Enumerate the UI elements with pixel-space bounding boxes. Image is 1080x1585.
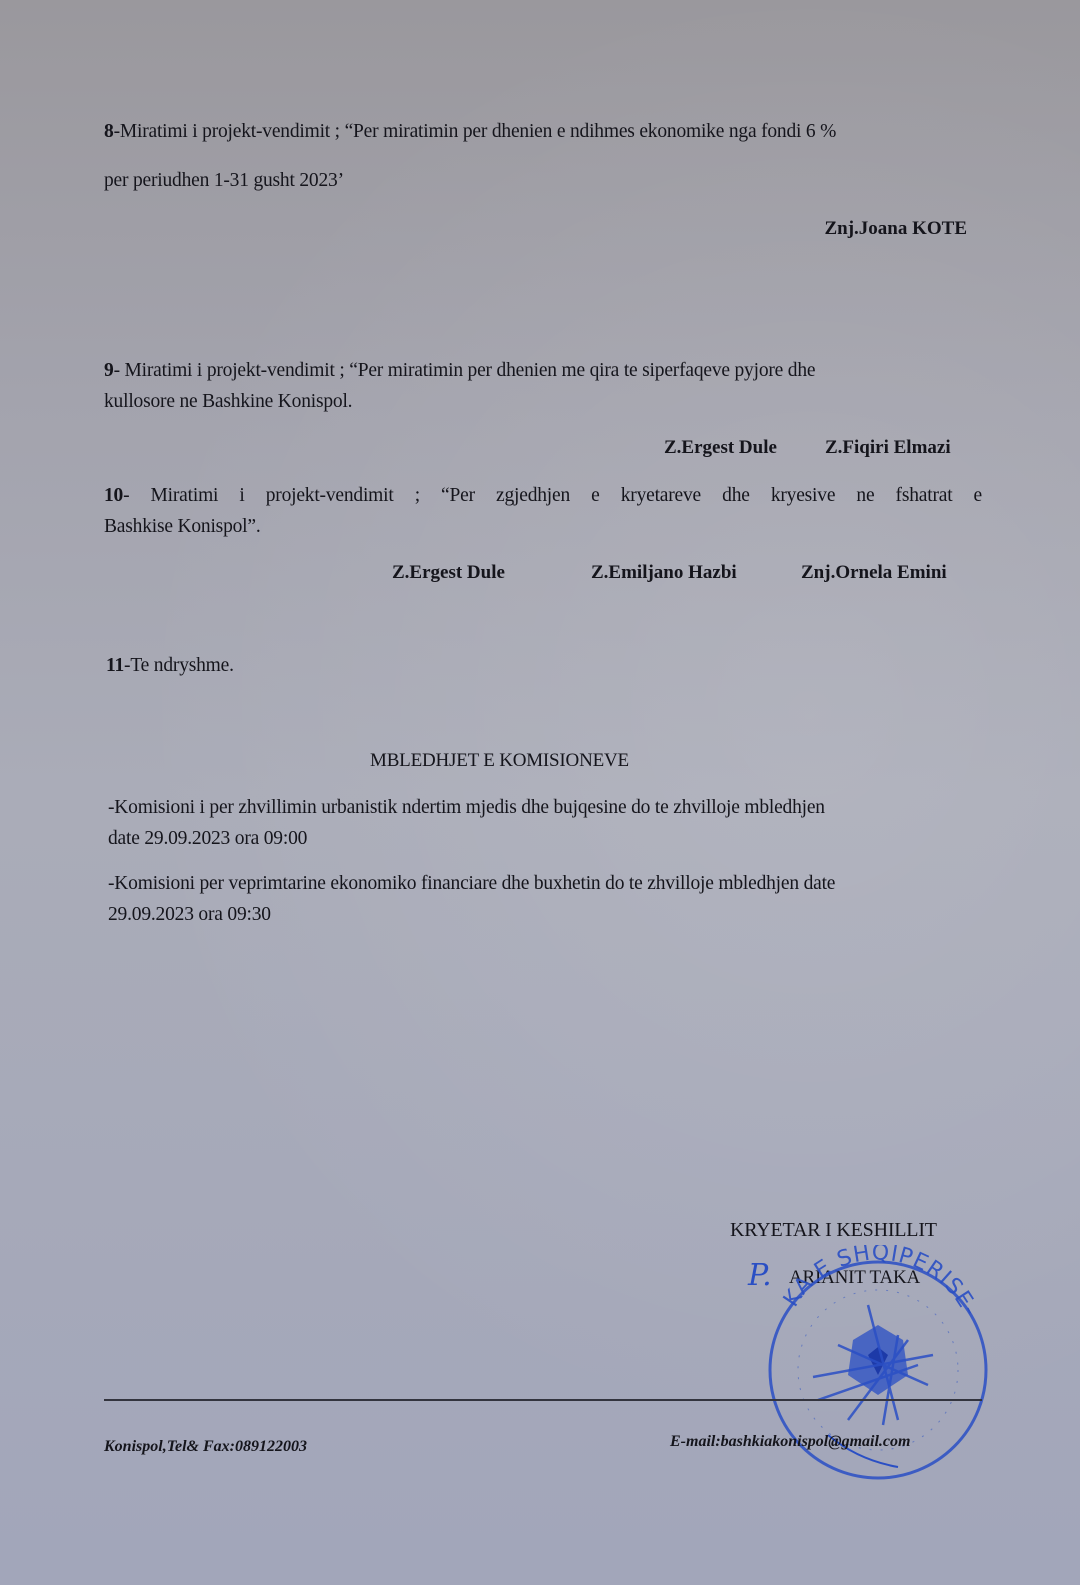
- item-text: -Miratimi i projekt-vendimit ; “Per mira…: [114, 121, 837, 142]
- commission-2-line1: -Komisioni per veprimtarine ekonomiko fi…: [108, 873, 835, 895]
- presenter: Z.Ergest Dule: [392, 562, 505, 584]
- item-text: - Miratimi i projekt-vendimit ; “Per zgj…: [123, 485, 982, 506]
- agenda-item-8-line1: 8-Miratimi i projekt-vendimit ; “Per mir…: [104, 121, 836, 143]
- item-text: -Te ndryshme.: [124, 655, 234, 676]
- presenter: Znj.Joana KOTE: [824, 218, 967, 240]
- agenda-item-10-line1: 10- Miratimi i projekt-vendimit ; “Per z…: [104, 485, 982, 507]
- presenter: Z.Emiljano Hazbi: [591, 562, 737, 584]
- item-number: 8: [104, 121, 114, 142]
- item-number: 10: [104, 485, 123, 506]
- item-text: - Miratimi i projekt-vendimit ; “Per mir…: [114, 360, 816, 381]
- agenda-item-9-line2: kullosore ne Bashkine Konispol.: [104, 391, 352, 413]
- presenter: Z.Fiqiri Elmazi: [825, 437, 951, 459]
- signature-title: KRYETAR I KESHILLIT: [730, 1219, 937, 1242]
- footer-email[interactable]: E-mail:bashkiakonispol@gmail.com: [670, 1433, 910, 1451]
- footer-rule: [104, 1399, 982, 1401]
- agenda-item-9-line1: 9- Miratimi i projekt-vendimit ; “Per mi…: [104, 360, 815, 382]
- agenda-item-8-line2: per periudhen 1-31 gusht 2023’: [104, 170, 344, 192]
- commissions-heading: MBLEDHJET E KOMISIONEVE: [370, 750, 629, 772]
- presenter: Z.Ergest Dule: [664, 437, 777, 459]
- commission-1-line1: -Komisioni i per zhvillimin urbanistik n…: [108, 797, 825, 819]
- agenda-item-11: 11-Te ndryshme.: [106, 655, 234, 677]
- item-number: 11: [106, 655, 124, 676]
- commission-2-line2: 29.09.2023 ora 09:30: [108, 904, 271, 926]
- item-number: 9: [104, 360, 114, 381]
- svg-text:KA E SHQIPERISE-: KA E SHQIPERISE-: [779, 1245, 983, 1320]
- presenter: Znj.Ornela Emini: [801, 562, 947, 584]
- agenda-item-10-line2: Bashkise Konispol”.: [104, 516, 261, 538]
- footer-contact: Konispol,Tel& Fax:089122003: [104, 1438, 307, 1456]
- commission-1-line2: date 29.09.2023 ora 09:00: [108, 828, 307, 850]
